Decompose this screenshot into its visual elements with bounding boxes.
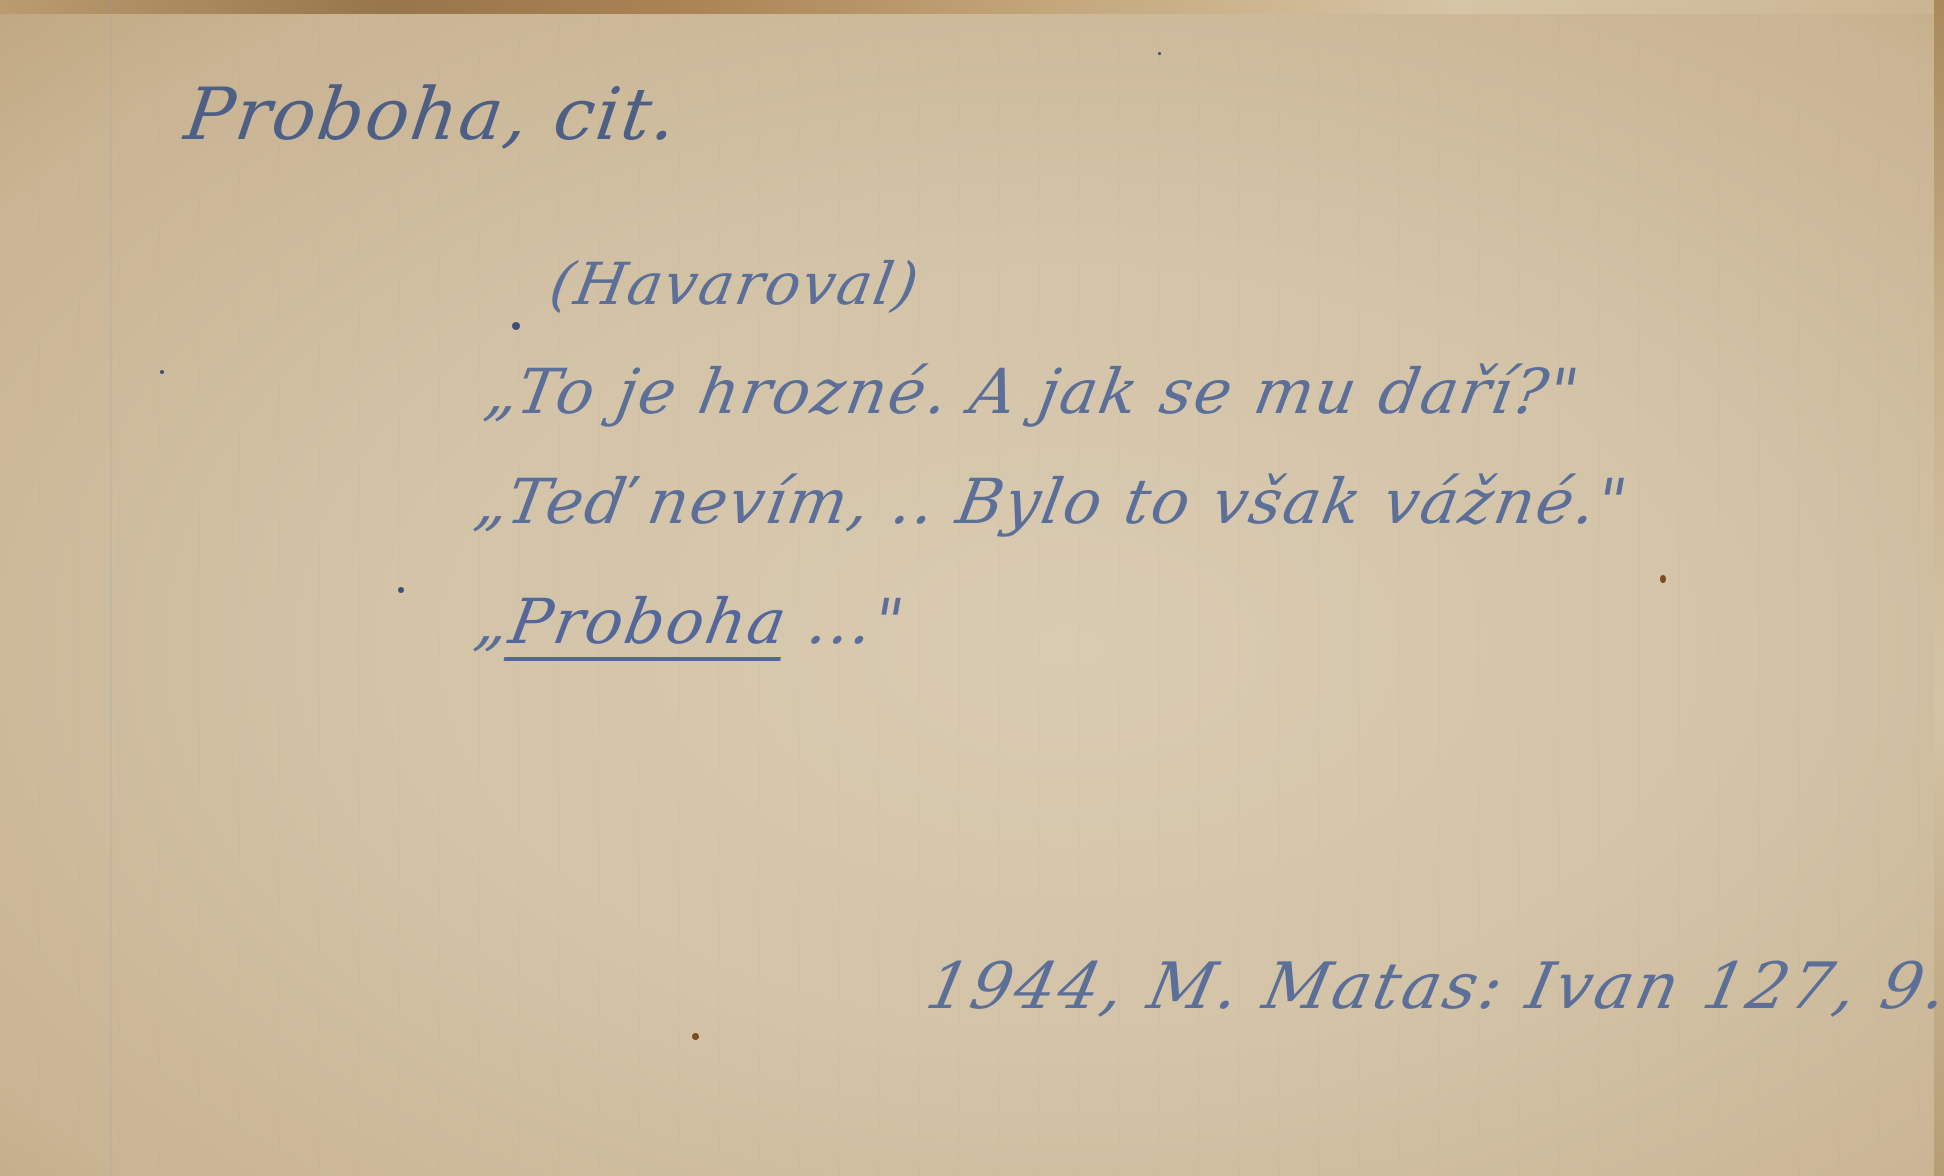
ink-speck xyxy=(398,587,404,593)
paper-fold-line xyxy=(110,0,112,1176)
headword-heading: Proboha, cit. xyxy=(180,72,684,156)
quote-line-3-ellipsis: ..." xyxy=(781,585,911,658)
quote-line-2: „Teď nevím, .. Bylo to však vážné." xyxy=(470,465,1634,538)
ink-speck xyxy=(512,322,520,330)
quote-line-3: „Proboha ..." xyxy=(470,585,911,658)
ink-speck xyxy=(1158,52,1161,55)
ink-speck xyxy=(1660,575,1666,583)
quote-line-1: „To je hrozné. A jak se mu daří?" xyxy=(480,355,1586,428)
scan-top-edge xyxy=(0,0,1944,14)
source-citation: 1944, M. Matas: Ivan 127, 9. xyxy=(920,950,1944,1024)
context-note: (Havaroval) xyxy=(545,250,925,318)
ink-speck xyxy=(692,1033,699,1040)
dictionary-slip-card: Proboha, cit. (Havaroval) „To je hrozné.… xyxy=(0,0,1944,1176)
underlined-headword: Proboha xyxy=(504,585,793,658)
ink-speck xyxy=(160,370,164,374)
